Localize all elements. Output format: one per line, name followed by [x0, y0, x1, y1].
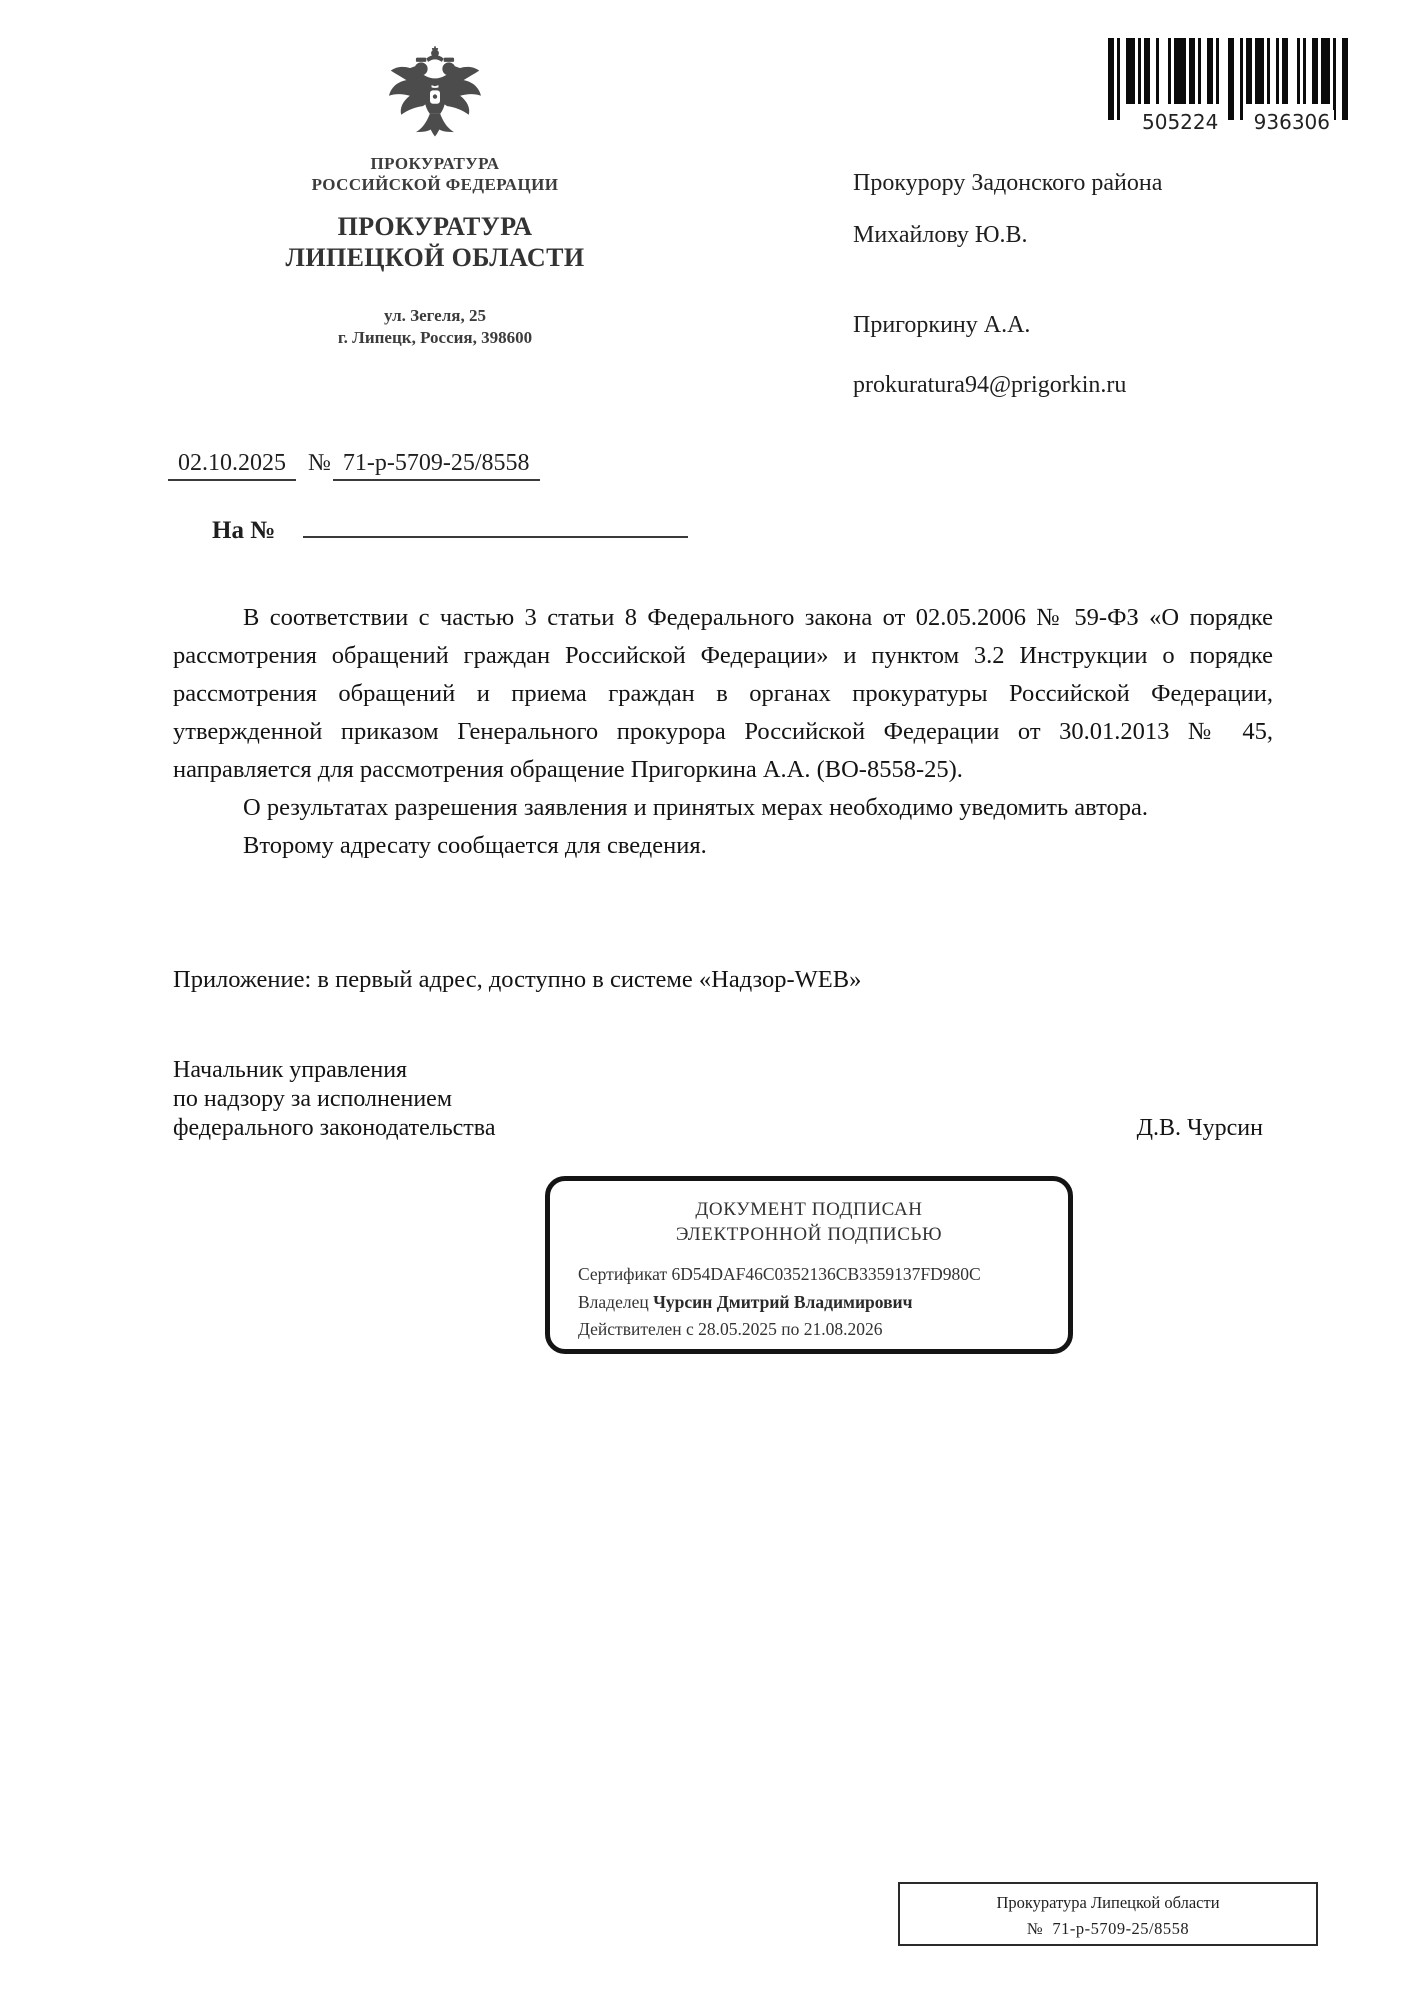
org-superior-line2: РОССИЙСКОЙ ФЕДЕРАЦИИ: [240, 174, 630, 195]
owner-value: Чурсин Дмитрий Владимирович: [653, 1292, 912, 1312]
recipient-line-3: Пригоркину А.А.: [853, 310, 1162, 340]
recipient-line-2: Михайлову Ю.В.: [853, 220, 1162, 250]
body-paragraph-1: В соответствии с частью 3 статьи 8 Федер…: [173, 599, 1273, 789]
org-address-line1: ул. Зегеля, 25: [240, 305, 630, 327]
numero-sign: №: [296, 450, 333, 476]
stamp-owner-line: Владелец Чурсин Дмитрий Владимирович: [578, 1289, 1068, 1317]
org-name: ПРОКУРАТУРА ЛИПЕЦКОЙ ОБЛАСТИ: [240, 211, 630, 273]
stamp-title-line2: ЭЛЕКТРОННОЙ ПОДПИСЬЮ: [550, 1222, 1068, 1247]
signer-position-line2: по надзору за исполнением: [173, 1085, 1273, 1114]
certificate-value: 6D54DAF46C0352136CB3359137FD980C: [671, 1264, 980, 1284]
org-address-line2: г. Липецк, Россия, 398600: [240, 327, 630, 349]
outgoing-reference-line: 02.10.2025№71-р-5709-25/8558: [168, 450, 540, 477]
document-page: ПРОКУРАТУРА РОССИЙСКОЙ ФЕДЕРАЦИИ ПРОКУРА…: [0, 0, 1415, 2000]
barcode-number-right: 936306: [1250, 110, 1334, 134]
recipient-email: prokuratura94@prigorkin.ru: [853, 370, 1162, 400]
footer-org-name: Прокуратура Липецкой области: [900, 1893, 1316, 1913]
certificate-label: Сертификат: [578, 1264, 667, 1284]
stamp-certificate-line: Сертификат 6D54DAF46C0352136CB3359137FD9…: [578, 1261, 1068, 1289]
coat-of-arms-icon: [383, 46, 487, 147]
recipient-line-1: Прокурору Задонского района: [853, 168, 1162, 198]
reply-reference-line: На №: [212, 510, 688, 545]
signer-position-line1: Начальник управления: [173, 1056, 1273, 1085]
body-text: В соответствии с частью 3 статьи 8 Федер…: [173, 599, 1273, 865]
registration-footer-box: Прокуратура Липецкой области № 71-р-5709…: [898, 1882, 1318, 1946]
signer-name: Д.В. Чурсин: [1137, 1114, 1263, 1143]
validity-label: Действителен: [578, 1319, 682, 1339]
footer-numero-sign: №: [1027, 1919, 1043, 1938]
org-superior-line1: ПРОКУРАТУРА: [240, 153, 630, 174]
recipient-block: Прокурору Задонского района Михайлову Ю.…: [853, 168, 1162, 400]
footer-number: 71-р-5709-25/8558: [1052, 1919, 1189, 1938]
reply-number-blank-underline: [303, 510, 688, 538]
stamp-details: Сертификат 6D54DAF46C0352136CB3359137FD9…: [578, 1261, 1068, 1344]
org-name-line1: ПРОКУРАТУРА: [240, 211, 630, 242]
electronic-signature-stamp: ДОКУМЕНТ ПОДПИСАН ЭЛЕКТРОННОЙ ПОДПИСЬЮ С…: [545, 1176, 1073, 1354]
stamp-title: ДОКУМЕНТ ПОДПИСАН ЭЛЕКТРОННОЙ ПОДПИСЬЮ: [550, 1197, 1068, 1247]
org-name-line2: ЛИПЕЦКОЙ ОБЛАСТИ: [240, 242, 630, 273]
org-superior-name: ПРОКУРАТУРА РОССИЙСКОЙ ФЕДЕРАЦИИ: [240, 153, 630, 195]
stamp-title-line1: ДОКУМЕНТ ПОДПИСАН: [550, 1197, 1068, 1222]
org-address: ул. Зегеля, 25 г. Липецк, Россия, 398600: [240, 305, 630, 349]
letterhead: ПРОКУРАТУРА РОССИЙСКОЙ ФЕДЕРАЦИИ ПРОКУРА…: [240, 46, 630, 349]
footer-number-line: № 71-р-5709-25/8558: [900, 1919, 1316, 1939]
body-paragraph-3: Второму адресату сообщается для сведения…: [173, 827, 1273, 865]
stamp-validity-line: Действителен с 28.05.2025 по 21.08.2026: [578, 1316, 1068, 1344]
barcode-block: 505224 936306: [1108, 38, 1356, 134]
outgoing-number: 71-р-5709-25/8558: [333, 450, 540, 481]
barcode-number-left: 505224: [1138, 110, 1222, 134]
body-paragraph-2: О результатах разрешения заявления и при…: [173, 789, 1273, 827]
reply-label: На №: [212, 517, 275, 544]
signer-position-line3: федерального законодательства: [173, 1114, 1273, 1143]
attachment-line: Приложение: в первый адрес, доступно в с…: [173, 966, 1273, 994]
owner-label: Владелец: [578, 1292, 649, 1312]
outgoing-date: 02.10.2025: [168, 450, 296, 481]
validity-value: с 28.05.2025 по 21.08.2026: [686, 1319, 883, 1339]
signature-block: Начальник управления по надзору за испол…: [173, 1056, 1273, 1143]
